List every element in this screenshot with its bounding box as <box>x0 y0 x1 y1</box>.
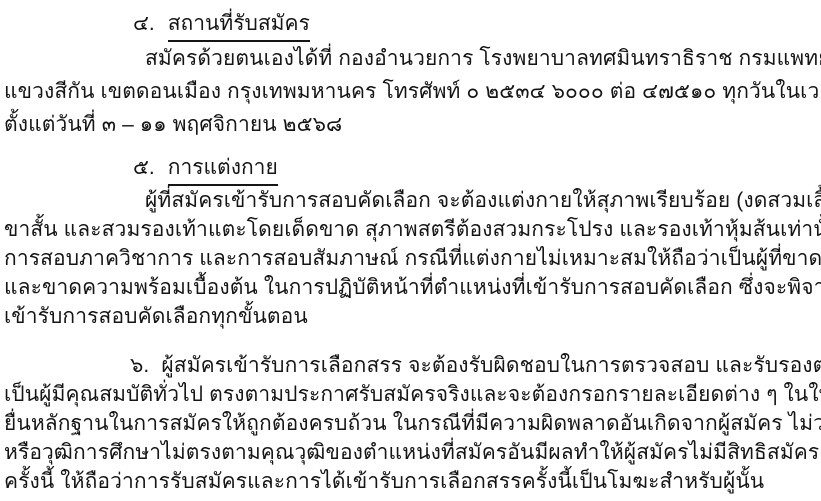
section-4-heading-line: ๔.สถานที่รับสมัคร <box>4 9 817 42</box>
paragraph-line: ครั้งนี้ ให้ถือว่าการรับสมัครและการได้เข… <box>4 467 817 496</box>
paragraph-line: แขวงสีกัน เขตดอนเมือง กรุงเทพมหานคร โทรศ… <box>4 75 817 108</box>
paragraph-line: เข้ารับการสอบคัดเลือกทุกขั้นตอน <box>4 302 817 331</box>
paragraph-line: เป็นผู้มีคุณสมบัติทั่วไป ตรงตามประกาศรับ… <box>4 380 817 409</box>
paragraph-line: หรือวุฒิการศึกษาไม่ตรงตามคุณวุฒิของตำแหน… <box>4 438 817 467</box>
paragraph-line: ตั้งแต่วันที่ ๓ – ๑๑ พฤศจิกายน ๒๕๖๘ <box>4 108 817 141</box>
paragraph-line: สมัครด้วยตนเองได้ที่ กองอำนวยการ โรงพยาบ… <box>145 42 817 75</box>
paragraph-line: ขาสั้น และสวมรองเท้าแตะโดยเด็ดขาด สุภาพส… <box>4 215 817 244</box>
section-applicant-responsibility: ๖.ผู้สมัครเข้ารับการเลือกสรร จะต้องรับผิ… <box>4 351 817 496</box>
paragraph-line: และขาดความพร้อมเบื้องต้น ในการปฏิบัติหน้… <box>4 273 817 302</box>
section-5-heading: การแต่งกาย <box>168 153 278 186</box>
paragraph-line: ยื่นหลักฐานในการสมัครให้ถูกต้องครบถ้วน ใ… <box>4 409 817 438</box>
paragraph-line: การสอบภาควิชาการ และการสอบสัมภาษณ์ กรณีท… <box>4 244 817 273</box>
paragraph-line: ๖.ผู้สมัครเข้ารับการเลือกสรร จะต้องรับผิ… <box>4 351 817 380</box>
section-application-location: ๔.สถานที่รับสมัคร สมัครด้วยตนเองได้ที่ ก… <box>4 9 817 141</box>
section-4-heading: สถานที่รับสมัคร <box>168 9 310 42</box>
section-dress-code: ๕.การแต่งกาย ผู้ที่สมัครเข้ารับการสอบคัด… <box>4 153 817 331</box>
section-6-first-line-text: ผู้สมัครเข้ารับการเลือกสรร จะต้องรับผิดช… <box>161 354 821 377</box>
section-5-number: ๕. <box>133 153 155 183</box>
section-6-number: ๖. <box>130 351 149 380</box>
paragraph-line: ผู้ที่สมัครเข้ารับการสอบคัดเลือก จะต้องแ… <box>145 186 817 215</box>
document-page: ๔.สถานที่รับสมัคร สมัครด้วยตนเองได้ที่ ก… <box>0 0 821 501</box>
section-5-heading-line: ๕.การแต่งกาย <box>4 153 817 186</box>
section-4-number: ๔. <box>133 9 155 39</box>
